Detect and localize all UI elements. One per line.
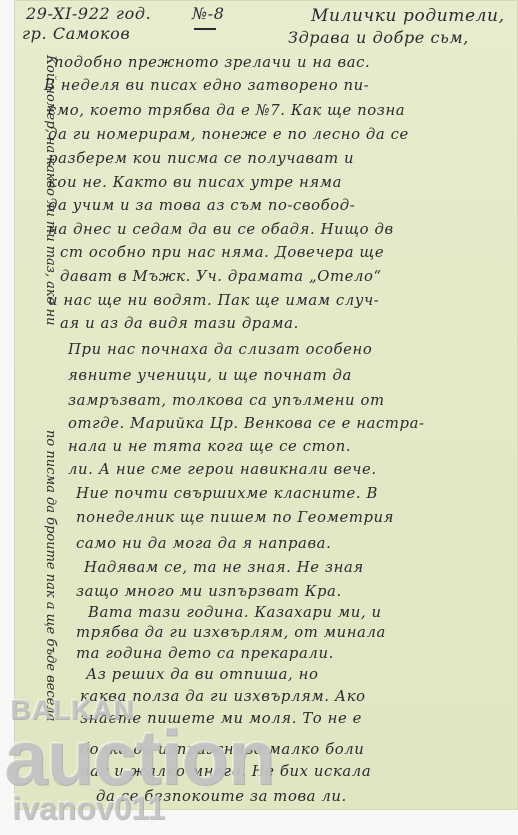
body-line: само ни да мога да я напрaва. — [76, 537, 331, 552]
body-line: Надявам се, та не зная. Не зная — [84, 561, 364, 576]
body-line: ли. А ние сме герои навикнали вече. — [68, 463, 377, 478]
body-line: трябва да ги изхвърлям, от миналa — [76, 626, 386, 641]
body-line: кои не. Както ви писах утре няма — [48, 176, 342, 191]
body-line: да ги номерирам, понеже е по лесно да се — [48, 128, 409, 143]
letter-number: №-8 — [192, 6, 225, 22]
body-line: подобно прежното зрелачи и на вас. — [54, 56, 370, 71]
greeting: Здрава и добре сьм, — [288, 30, 469, 46]
number-underline — [194, 28, 216, 30]
margin-note-lower: по писма да броите пак а ще бъде весела — [43, 430, 58, 721]
body-line: смо, което трябва да е №7. Как ще познa — [48, 104, 405, 119]
body-line: дават в Мъжк. Уч. драмата „Отело“ — [60, 270, 382, 285]
body-line: защо много ми изпързват Кра. — [76, 585, 342, 600]
body-line: Ние почти свършихме класните. В — [76, 487, 378, 502]
body-line: и нас ще ни водят. Пак ще имам случ- — [48, 294, 379, 309]
body-line: явните ученици, и ще почнат да — [68, 369, 352, 384]
body-line: та година дето са прекарали. — [76, 647, 334, 662]
letter-date: 29-XI-922 год. — [26, 6, 151, 22]
body-line: замръзват, толкова са упълмени от — [68, 394, 385, 409]
margin-note-upper: Кой номер, на какво ли ти таз, ако ни — [43, 55, 58, 326]
body-line: да учим и за това аз съм по-свобод- — [48, 199, 355, 214]
body-line: понеделник ще пишем по Геометрия — [76, 511, 394, 526]
watermark-auction: auction — [4, 718, 274, 796]
body-line: ая и аз да видя тази драма. — [60, 317, 299, 332]
watermark-username: ivanov011 — [12, 792, 165, 824]
body-line: отгде. Марийка Цр. Венкова се е настрa- — [68, 417, 425, 432]
postcard: 29-XI-922 год. №-8 гр. Самоков Милички р… — [14, 0, 518, 810]
body-line: В неделя ви писах едно затворено пи- — [44, 79, 369, 94]
body-line: на днес и седам да ви се обадя. Нищо дв — [48, 223, 394, 238]
body-line: При нас почнаха да слизат особено — [68, 343, 372, 358]
body-line: Аз реших да ви отпиша, но — [86, 668, 318, 683]
body-line: разберем кои писма се получават и — [48, 152, 354, 167]
body-line: ст особно при нас няма. Довечера ще — [60, 246, 384, 261]
body-line: Вата тази година. Казахари ми, и — [88, 606, 382, 621]
body-line: нала и не тята кога ще се стоп. — [68, 440, 351, 455]
letter-place: гр. Самоков — [22, 26, 130, 42]
salutation: Милички родители, — [311, 8, 505, 25]
